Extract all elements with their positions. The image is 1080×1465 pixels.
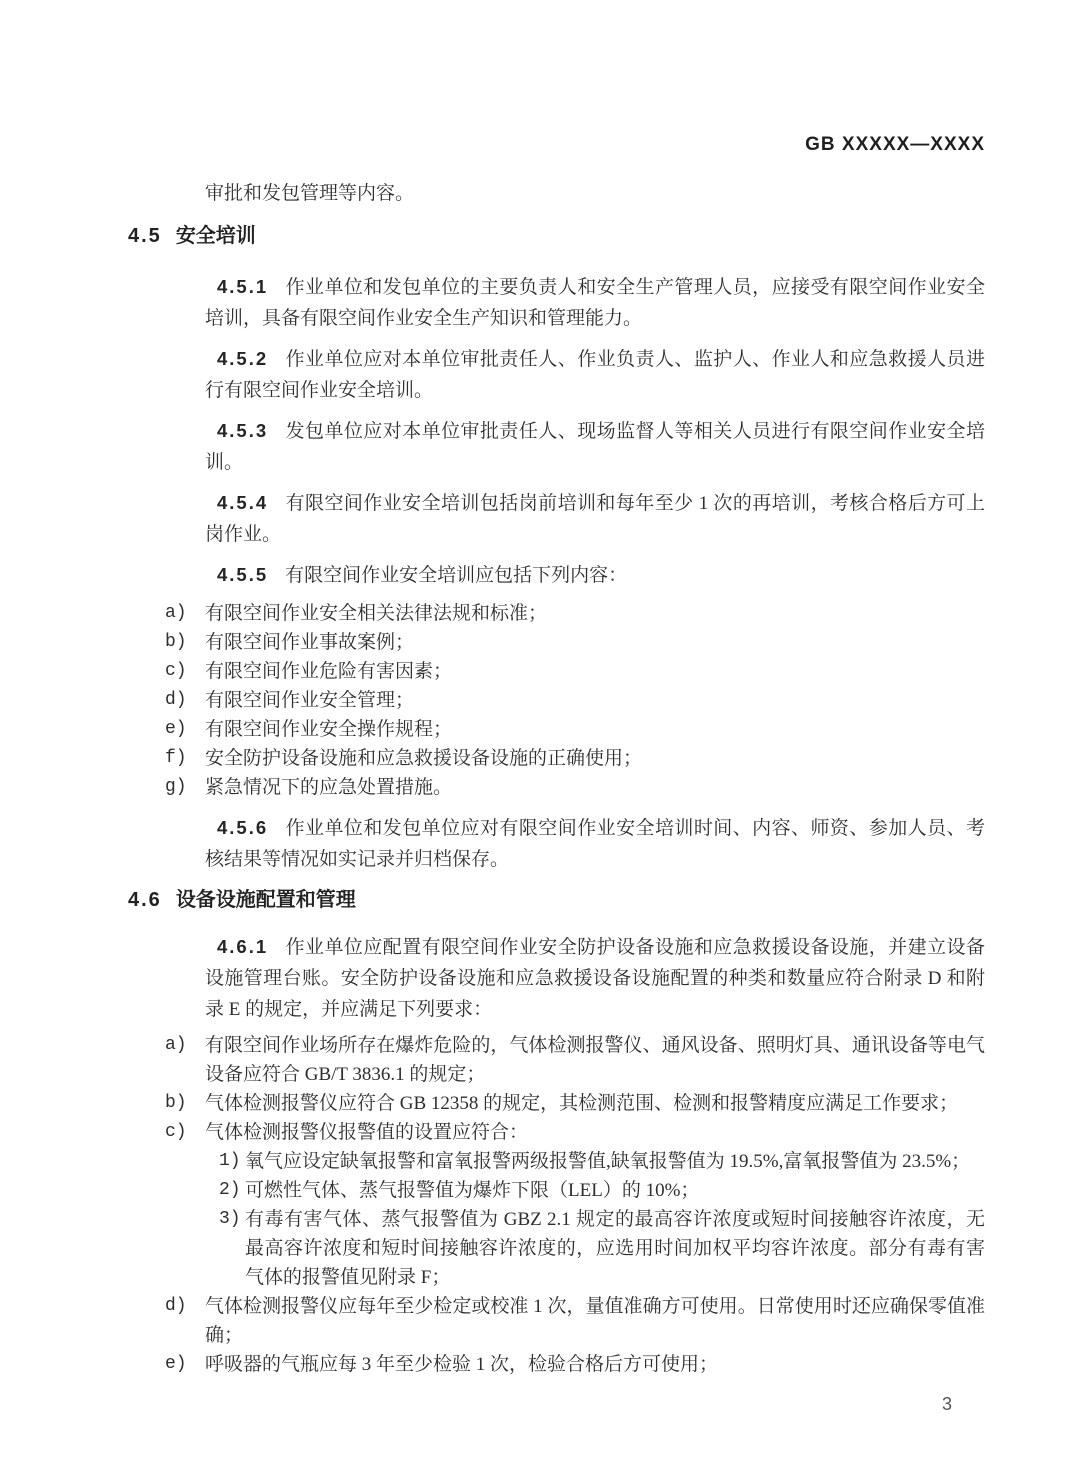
sublist-item: 2)可燃性气体、蒸气报警值为爆炸下限（LEL）的 10%； <box>219 1176 985 1205</box>
page-number: 3 <box>942 1394 952 1415</box>
clause-text: 发包单位应对本单位审批责任人、现场监督人等相关人员进行有限空间作业安全培训。 <box>205 421 985 473</box>
list-item-marker: a) <box>165 1031 205 1089</box>
sublist-item-text: 氧气应设定缺氧报警和富氧报警两级报警值,缺氧报警值为 19.5%,富氧报警值为 … <box>245 1147 985 1176</box>
clause-4-5-1: 4.5.1作业单位和发包单位的主要负责人和安全生产管理人员，应接受有限空间作业安… <box>205 271 985 334</box>
list-item: f)安全防护设备设施和应急救援设备设施的正确使用； <box>165 744 985 773</box>
clause-number: 4.5.5 <box>217 564 268 585</box>
clause-number: 4.5.6 <box>217 817 268 838</box>
clause-number: 4.6.1 <box>217 936 268 957</box>
clause-text: 作业单位应对本单位审批责任人、作业负责人、监护人、作业人和应急救援人员进行有限空… <box>205 349 985 401</box>
list-item-marker: f) <box>165 744 205 773</box>
list-item: d)有限空间作业安全管理； <box>165 686 985 715</box>
training-content-list: a)有限空间作业安全相关法律法规和标准； b)有限空间作业事故案例； c)有限空… <box>165 599 985 802</box>
clause-4-5-4: 4.5.4有限空间作业安全培训包括岗前培训和每年至少 1 次的再培训，考核合格后… <box>205 487 985 550</box>
clause-text: 有限空间作业安全培训包括岗前培训和每年至少 1 次的再培训，考核合格后方可上岗作… <box>205 493 985 545</box>
list-item-marker: c) <box>165 657 205 686</box>
list-item-text: 有限空间作业事故案例； <box>205 628 985 657</box>
list-item-marker: b) <box>165 628 205 657</box>
list-item: a)有限空间作业场所存在爆炸危险的，气体检测报警仪、通风设备、照明灯具、通讯设备… <box>165 1031 985 1089</box>
section-number: 4.6 <box>128 889 162 911</box>
alarm-value-sublist: 1)氧气应设定缺氧报警和富氧报警两级报警值,缺氧报警值为 19.5%,富氧报警值… <box>219 1147 985 1292</box>
clause-text: 有限空间作业安全培训应包括下列内容： <box>285 565 627 586</box>
list-item: d)气体检测报警仪应每年至少检定或校准 1 次，量值准确方可使用。日常使用时还应… <box>165 1292 985 1350</box>
list-item-text: 气体检测报警仪应符合 GB 12358 的规定，其检测范围、检测和报警精度应满足… <box>205 1089 985 1118</box>
list-item-text: 呼吸器的气瓶应每 3 年至少检验 1 次，检验合格后方可使用； <box>205 1350 985 1379</box>
clause-number: 4.5.4 <box>217 492 268 513</box>
clause-text: 作业单位应配置有限空间作业安全防护设备设施和应急救援设备设施，并建立设备设施管理… <box>205 937 985 1020</box>
list-item-marker: e) <box>165 1350 205 1379</box>
list-item-text: 气体检测报警仪应每年至少检定或校准 1 次，量值准确方可使用。日常使用时还应确保… <box>205 1292 985 1350</box>
page-content: 审批和发包管理等内容。 4.5安全培训 4.5.1作业单位和发包单位的主要负责人… <box>128 178 985 1379</box>
clause-number: 4.5.2 <box>217 348 268 369</box>
clause-4-6-1: 4.6.1作业单位应配置有限空间作业安全防护设备设施和应急救援设备设施，并建立设… <box>205 931 985 1025</box>
list-item-marker: d) <box>165 686 205 715</box>
list-item-marker: c) <box>165 1118 205 1147</box>
sublist-item-text: 可燃性气体、蒸气报警值为爆炸下限（LEL）的 10%； <box>245 1176 985 1205</box>
list-item-text: 气体检测报警仪报警值的设置应符合： <box>205 1118 985 1147</box>
clause-4-5-2: 4.5.2作业单位应对本单位审批责任人、作业负责人、监护人、作业人和应急救援人员… <box>205 343 985 406</box>
list-item-marker: d) <box>165 1292 205 1350</box>
clause-4-5-6: 4.5.6作业单位和发包单位应对有限空间作业安全培训时间、内容、师资、参加人员、… <box>205 812 985 875</box>
section-title: 安全培训 <box>176 225 256 247</box>
sublist-item-text: 有毒有害气体、蒸气报警值为 GBZ 2.1 规定的最高容许浓度或短时间接触容许浓… <box>245 1205 985 1292</box>
clause-number: 4.5.1 <box>217 276 268 297</box>
clause-number: 4.5.3 <box>217 420 268 441</box>
sublist-item-marker: 2) <box>219 1176 245 1205</box>
sublist-item-marker: 3) <box>219 1205 245 1292</box>
list-item-text: 有限空间作业安全操作规程； <box>205 715 985 744</box>
section-heading-4-6: 4.6设备设施配置和管理 <box>128 887 985 913</box>
clause-text: 作业单位和发包单位应对有限空间作业安全培训时间、内容、师资、参加人员、考核结果等… <box>205 818 985 870</box>
list-item-marker: a) <box>165 599 205 628</box>
list-item: e)有限空间作业安全操作规程； <box>165 715 985 744</box>
document-page: GB XXXXX—XXXX 审批和发包管理等内容。 4.5安全培训 4.5.1作… <box>0 0 1080 1465</box>
list-item: b)有限空间作业事故案例； <box>165 628 985 657</box>
clause-4-5-3: 4.5.3发包单位应对本单位审批责任人、现场监督人等相关人员进行有限空间作业安全… <box>205 415 985 478</box>
section-title: 设备设施配置和管理 <box>176 889 356 911</box>
list-item-marker: g) <box>165 773 205 802</box>
list-item: b)气体检测报警仪应符合 GB 12358 的规定，其检测范围、检测和报警精度应… <box>165 1089 985 1118</box>
equipment-requirements-list: a)有限空间作业场所存在爆炸危险的，气体检测报警仪、通风设备、照明灯具、通讯设备… <box>165 1031 985 1379</box>
clause-text: 作业单位和发包单位的主要负责人和安全生产管理人员，应接受有限空间作业安全培训，具… <box>205 277 985 329</box>
list-item-text: 有限空间作业安全管理； <box>205 686 985 715</box>
sublist-item: 3)有毒有害气体、蒸气报警值为 GBZ 2.1 规定的最高容许浓度或短时间接触容… <box>219 1205 985 1292</box>
continuation-paragraph: 审批和发包管理等内容。 <box>205 178 985 209</box>
sublist-item-marker: 1) <box>219 1147 245 1176</box>
list-item-text: 有限空间作业安全相关法律法规和标准； <box>205 599 985 628</box>
list-item-marker: b) <box>165 1089 205 1118</box>
list-item-marker: e) <box>165 715 205 744</box>
standard-code-header: GB XXXXX—XXXX <box>805 134 985 156</box>
list-item-text: 有限空间作业危险有害因素； <box>205 657 985 686</box>
clause-4-5-5: 4.5.5有限空间作业安全培训应包括下列内容： <box>205 559 985 591</box>
section-heading-4-5: 4.5安全培训 <box>128 223 985 249</box>
sublist-item: 1)氧气应设定缺氧报警和富氧报警两级报警值,缺氧报警值为 19.5%,富氧报警值… <box>219 1147 985 1176</box>
list-item: g)紧急情况下的应急处置措施。 <box>165 773 985 802</box>
list-item: a)有限空间作业安全相关法律法规和标准； <box>165 599 985 628</box>
list-item: c)气体检测报警仪报警值的设置应符合： <box>165 1118 985 1147</box>
section-number: 4.5 <box>128 225 162 247</box>
list-item-text: 有限空间作业场所存在爆炸危险的，气体检测报警仪、通风设备、照明灯具、通讯设备等电… <box>205 1031 985 1089</box>
list-item: c)有限空间作业危险有害因素； <box>165 657 985 686</box>
list-item: e)呼吸器的气瓶应每 3 年至少检验 1 次，检验合格后方可使用； <box>165 1350 985 1379</box>
list-item-text: 安全防护设备设施和应急救援设备设施的正确使用； <box>205 744 985 773</box>
list-item-text: 紧急情况下的应急处置措施。 <box>205 773 985 802</box>
